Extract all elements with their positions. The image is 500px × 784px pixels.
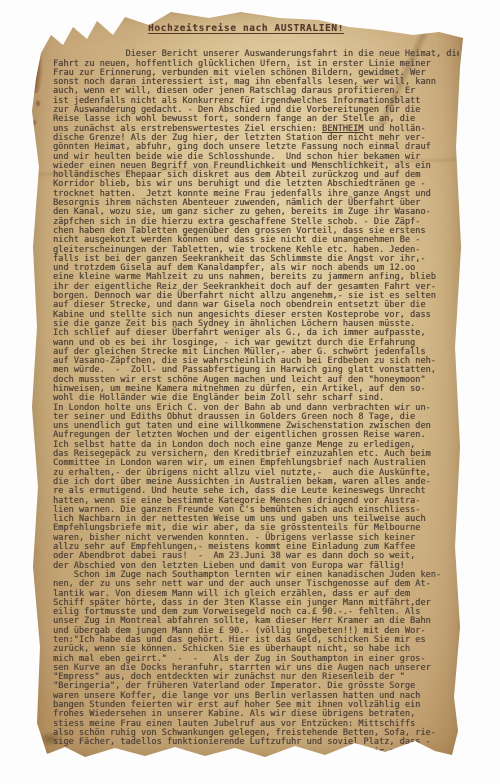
handwritten-number: 42. bbox=[40, 20, 59, 35]
body-text-part1: Dieser Bericht unserer Auswanderungsfahr… bbox=[53, 49, 459, 133]
stain-dot bbox=[32, 119, 37, 126]
stain-dot bbox=[35, 99, 41, 108]
document-title: Hochzeitsreise nach AUSTRALIEN! bbox=[27, 23, 465, 34]
red-stain-left-edge bbox=[27, 683, 36, 699]
body-text-part2: und hollän- dische Grenze! Als der Zug h… bbox=[53, 124, 441, 757]
document-body: Dieser Bericht unserer Auswanderungsfahr… bbox=[53, 41, 459, 759]
scan-background: 42. Hochzeitsreise nach AUSTRALIEN! Dies… bbox=[0, 0, 500, 784]
ink-stain-top-left bbox=[27, 41, 43, 93]
document-page: 42. Hochzeitsreise nach AUSTRALIEN! Dies… bbox=[27, 7, 465, 761]
